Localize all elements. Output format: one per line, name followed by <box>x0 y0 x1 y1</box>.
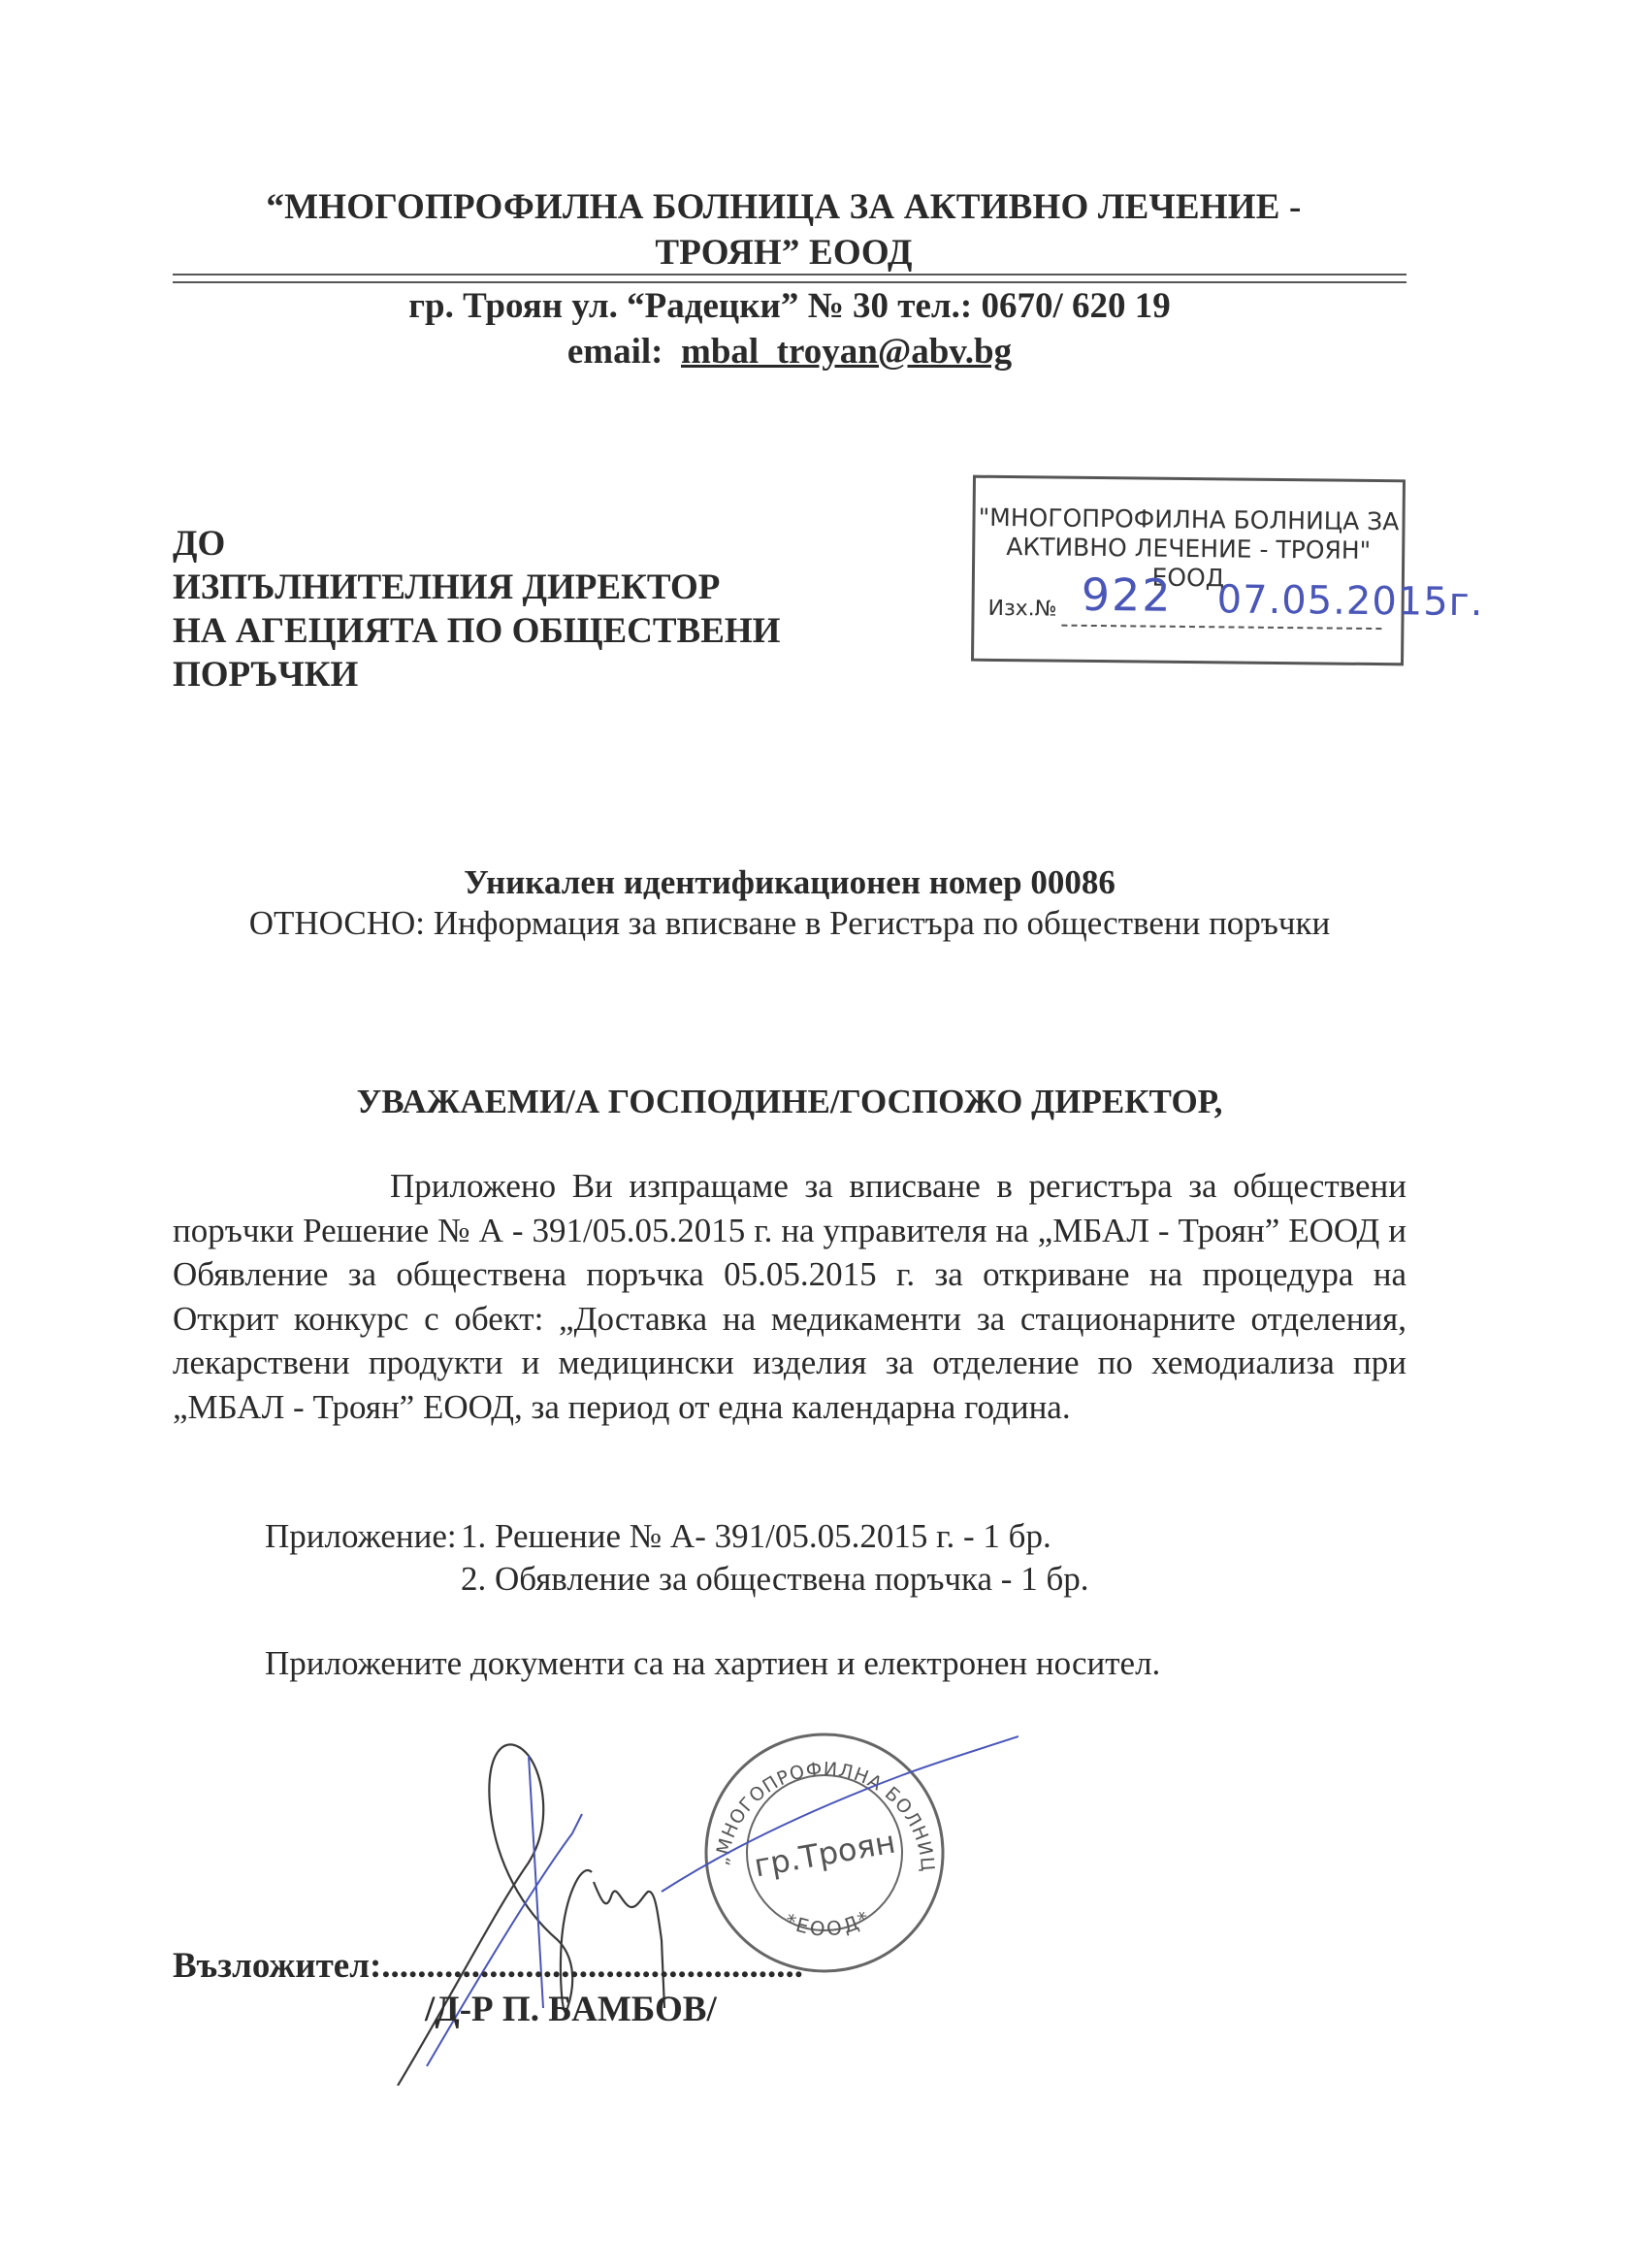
stamp-line1: "МНОГОПРОФИЛНА БОЛНИЦА ЗА <box>975 503 1402 537</box>
letterhead-title-line2: ТРОЯН” ЕООД <box>173 230 1395 275</box>
salutation: УВАЖАЕМИ/А ГОСПОДИНЕ/ГОСПОЖО ДИРЕКТОР, <box>173 1081 1406 1123</box>
recipient-block: ДО ИЗПЪЛНИТЕЛНИЯ ДИРЕКТОР НА АГЕЦИЯТА ПО… <box>173 522 780 697</box>
signatory-label: Възложител:.............................… <box>173 1945 803 1988</box>
email-link[interactable]: mbal_troyan@abv.bg <box>681 332 1012 372</box>
recipient-line: ДО <box>173 522 780 566</box>
letterhead-title: “МНОГОПРОФИЛНА БОЛНИЦА ЗА АКТИВНО ЛЕЧЕНИ… <box>173 184 1395 275</box>
stamp-handwritten-date: 07.05.2015г. <box>1216 577 1483 625</box>
attachments-list: Приложение: 1. Решение № А- 391/05.05.20… <box>265 1515 1089 1601</box>
attachment-item: 2. Обявление за обществена поръчка - 1 б… <box>461 1558 1089 1601</box>
body-paragraph: Приложено Ви изпращаме за вписване в рег… <box>173 1164 1406 1429</box>
unique-id-number: Уникален идентификационен номер 00086 <box>173 861 1406 904</box>
attachment-indent <box>265 1558 461 1601</box>
outgoing-register-stamp: "МНОГОПРОФИЛНА БОЛНИЦА ЗА АКТИВНО ЛЕЧЕНИ… <box>971 475 1406 666</box>
letterhead-email: email: mbal_troyan@abv.bg <box>173 329 1406 374</box>
documents-note: Приложените документи са на хартиен и ел… <box>265 1642 1160 1685</box>
letterhead-title-line1: “МНОГОПРОФИЛНА БОЛНИЦА ЗА АКТИВНО ЛЕЧЕНИ… <box>173 184 1395 230</box>
attachment-item: 1. Решение № А- 391/05.05.2015 г. - 1 бр… <box>461 1515 1051 1558</box>
recipient-line: ПОРЪЧКИ <box>173 653 780 697</box>
recipient-line: НА АГЕЦИЯТА ПО ОБЩЕСТВЕНИ <box>173 609 780 653</box>
stamp-handwritten-number: 922 <box>1081 568 1172 622</box>
email-label: email: <box>567 332 663 372</box>
letterhead-address: гр. Троян ул. “Радецки” № 30 тел.: 0670/… <box>173 283 1406 329</box>
letterhead-double-rule <box>173 274 1406 283</box>
subject-line: ОТНОСНО: Информация за вписване в Регист… <box>173 902 1406 945</box>
recipient-line: ИЗПЪЛНИТЕЛНИЯ ДИРЕКТОР <box>173 566 780 609</box>
attachments-label: Приложение: <box>265 1515 461 1558</box>
signatory-name: /Д-Р П. БАМБОВ/ <box>425 1989 717 2031</box>
